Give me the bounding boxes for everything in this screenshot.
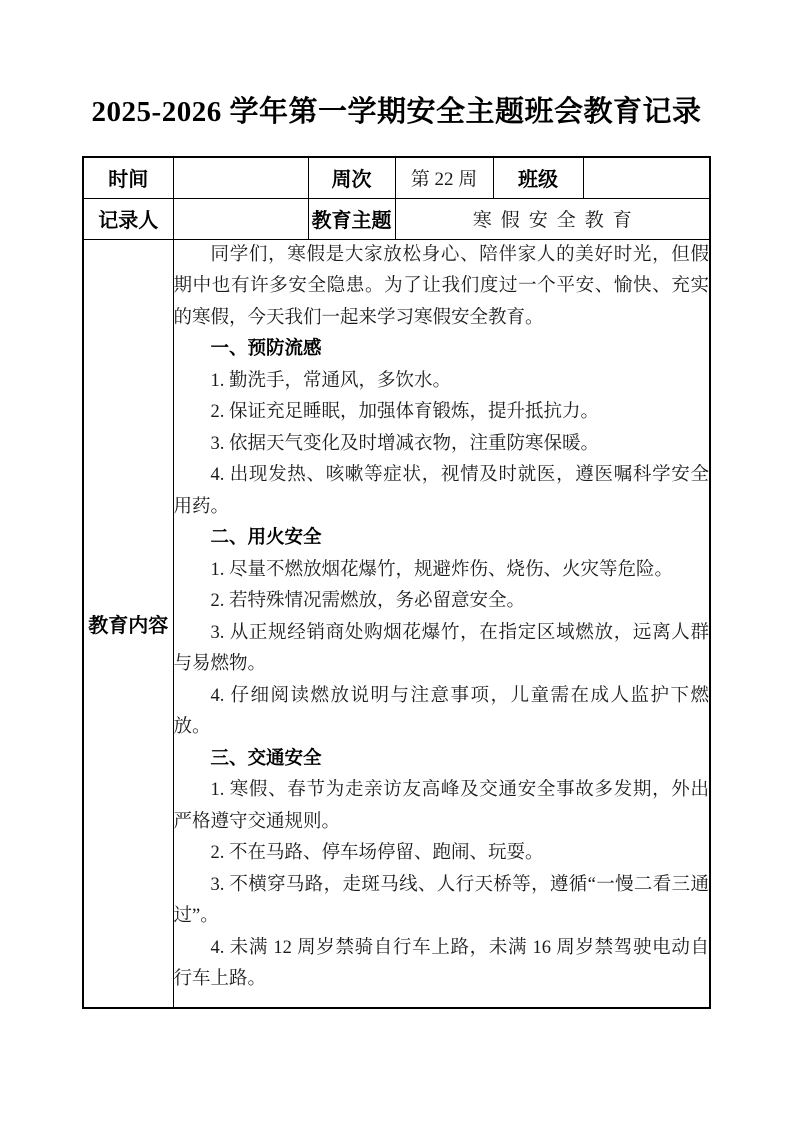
section-3-item-4: 4. 未满 12 周岁禁骑自行车上路，未满 16 周岁禁驾驶电动自行车上路。 [174,933,710,996]
section-3-item-1: 1. 寒假、春节为走亲访友高峰及交通安全事故多发期，外出严格遵守交通规则。 [174,775,710,838]
section-1-item-4: 4. 出现发热、咳嗽等症状，视情及时就医，遵医嘱科学安全用药。 [174,460,710,523]
table-row: 教育内容 同学们，寒假是大家放松身心、陪伴家人的美好时光，但假期中也有许多安全隐… [83,239,710,1008]
class-value-cell[interactable] [583,157,710,198]
section-2-item-4: 4. 仔细阅读燃放说明与注意事项，儿童需在成人监护下燃放。 [174,681,710,744]
section-1-heading: 一、预防流感 [174,334,710,366]
time-value-cell[interactable] [173,157,308,198]
recorder-label: 记录人 [83,198,173,239]
section-3-heading: 三、交通安全 [174,744,710,776]
recorder-value-cell[interactable] [173,198,308,239]
topic-value: 寒假安全教育 [395,198,710,239]
page-title: 2025-2026 学年第一学期安全主题班会教育记录 [0,94,793,130]
section-1-item-3: 3. 依据天气变化及时增减衣物，注重防寒保暖。 [174,429,710,461]
week-value: 第 22 周 [395,157,493,198]
time-label: 时间 [83,157,173,198]
table-row: 时间 周次 第 22 周 班级 [83,157,710,198]
table-row: 记录人 教育主题 寒假安全教育 [83,198,710,239]
section-1-item-1: 1. 勤洗手，常通风，多饮水。 [174,366,710,398]
section-3-item-2: 2. 不在马路、停车场停留、跑闹、玩耍。 [174,838,710,870]
record-table: 时间 周次 第 22 周 班级 记录人 教育主题 寒假安全教育 教育内容 同学们… [82,156,711,1009]
content-label: 教育内容 [83,239,173,1008]
topic-label: 教育主题 [308,198,395,239]
section-2-item-2: 2. 若特殊情况需燃放，务必留意安全。 [174,586,710,618]
section-2-item-3: 3. 从正规经销商处购烟花爆竹，在指定区域燃放，远离人群与易燃物。 [174,618,710,681]
section-2-item-1: 1. 尽量不燃放烟花爆竹，规避炸伤、烧伤、火灾等危险。 [174,555,710,587]
section-3-item-3: 3. 不横穿马路，走斑马线、人行天桥等，遵循“一慢二看三通过”。 [174,870,710,933]
intro-paragraph: 同学们，寒假是大家放松身心、陪伴家人的美好时光，但假期中也有许多安全隐患。为了让… [174,240,710,335]
class-label: 班级 [493,157,583,198]
section-2-heading: 二、用火安全 [174,523,710,555]
section-1-item-2: 2. 保证充足睡眠，加强体育锻炼，提升抵抗力。 [174,397,710,429]
week-label: 周次 [308,157,395,198]
document-page: 2025-2026 学年第一学期安全主题班会教育记录 时间 周次 第 22 周 … [0,0,793,1122]
content-cell: 同学们，寒假是大家放松身心、陪伴家人的美好时光，但假期中也有许多安全隐患。为了让… [173,239,710,1008]
